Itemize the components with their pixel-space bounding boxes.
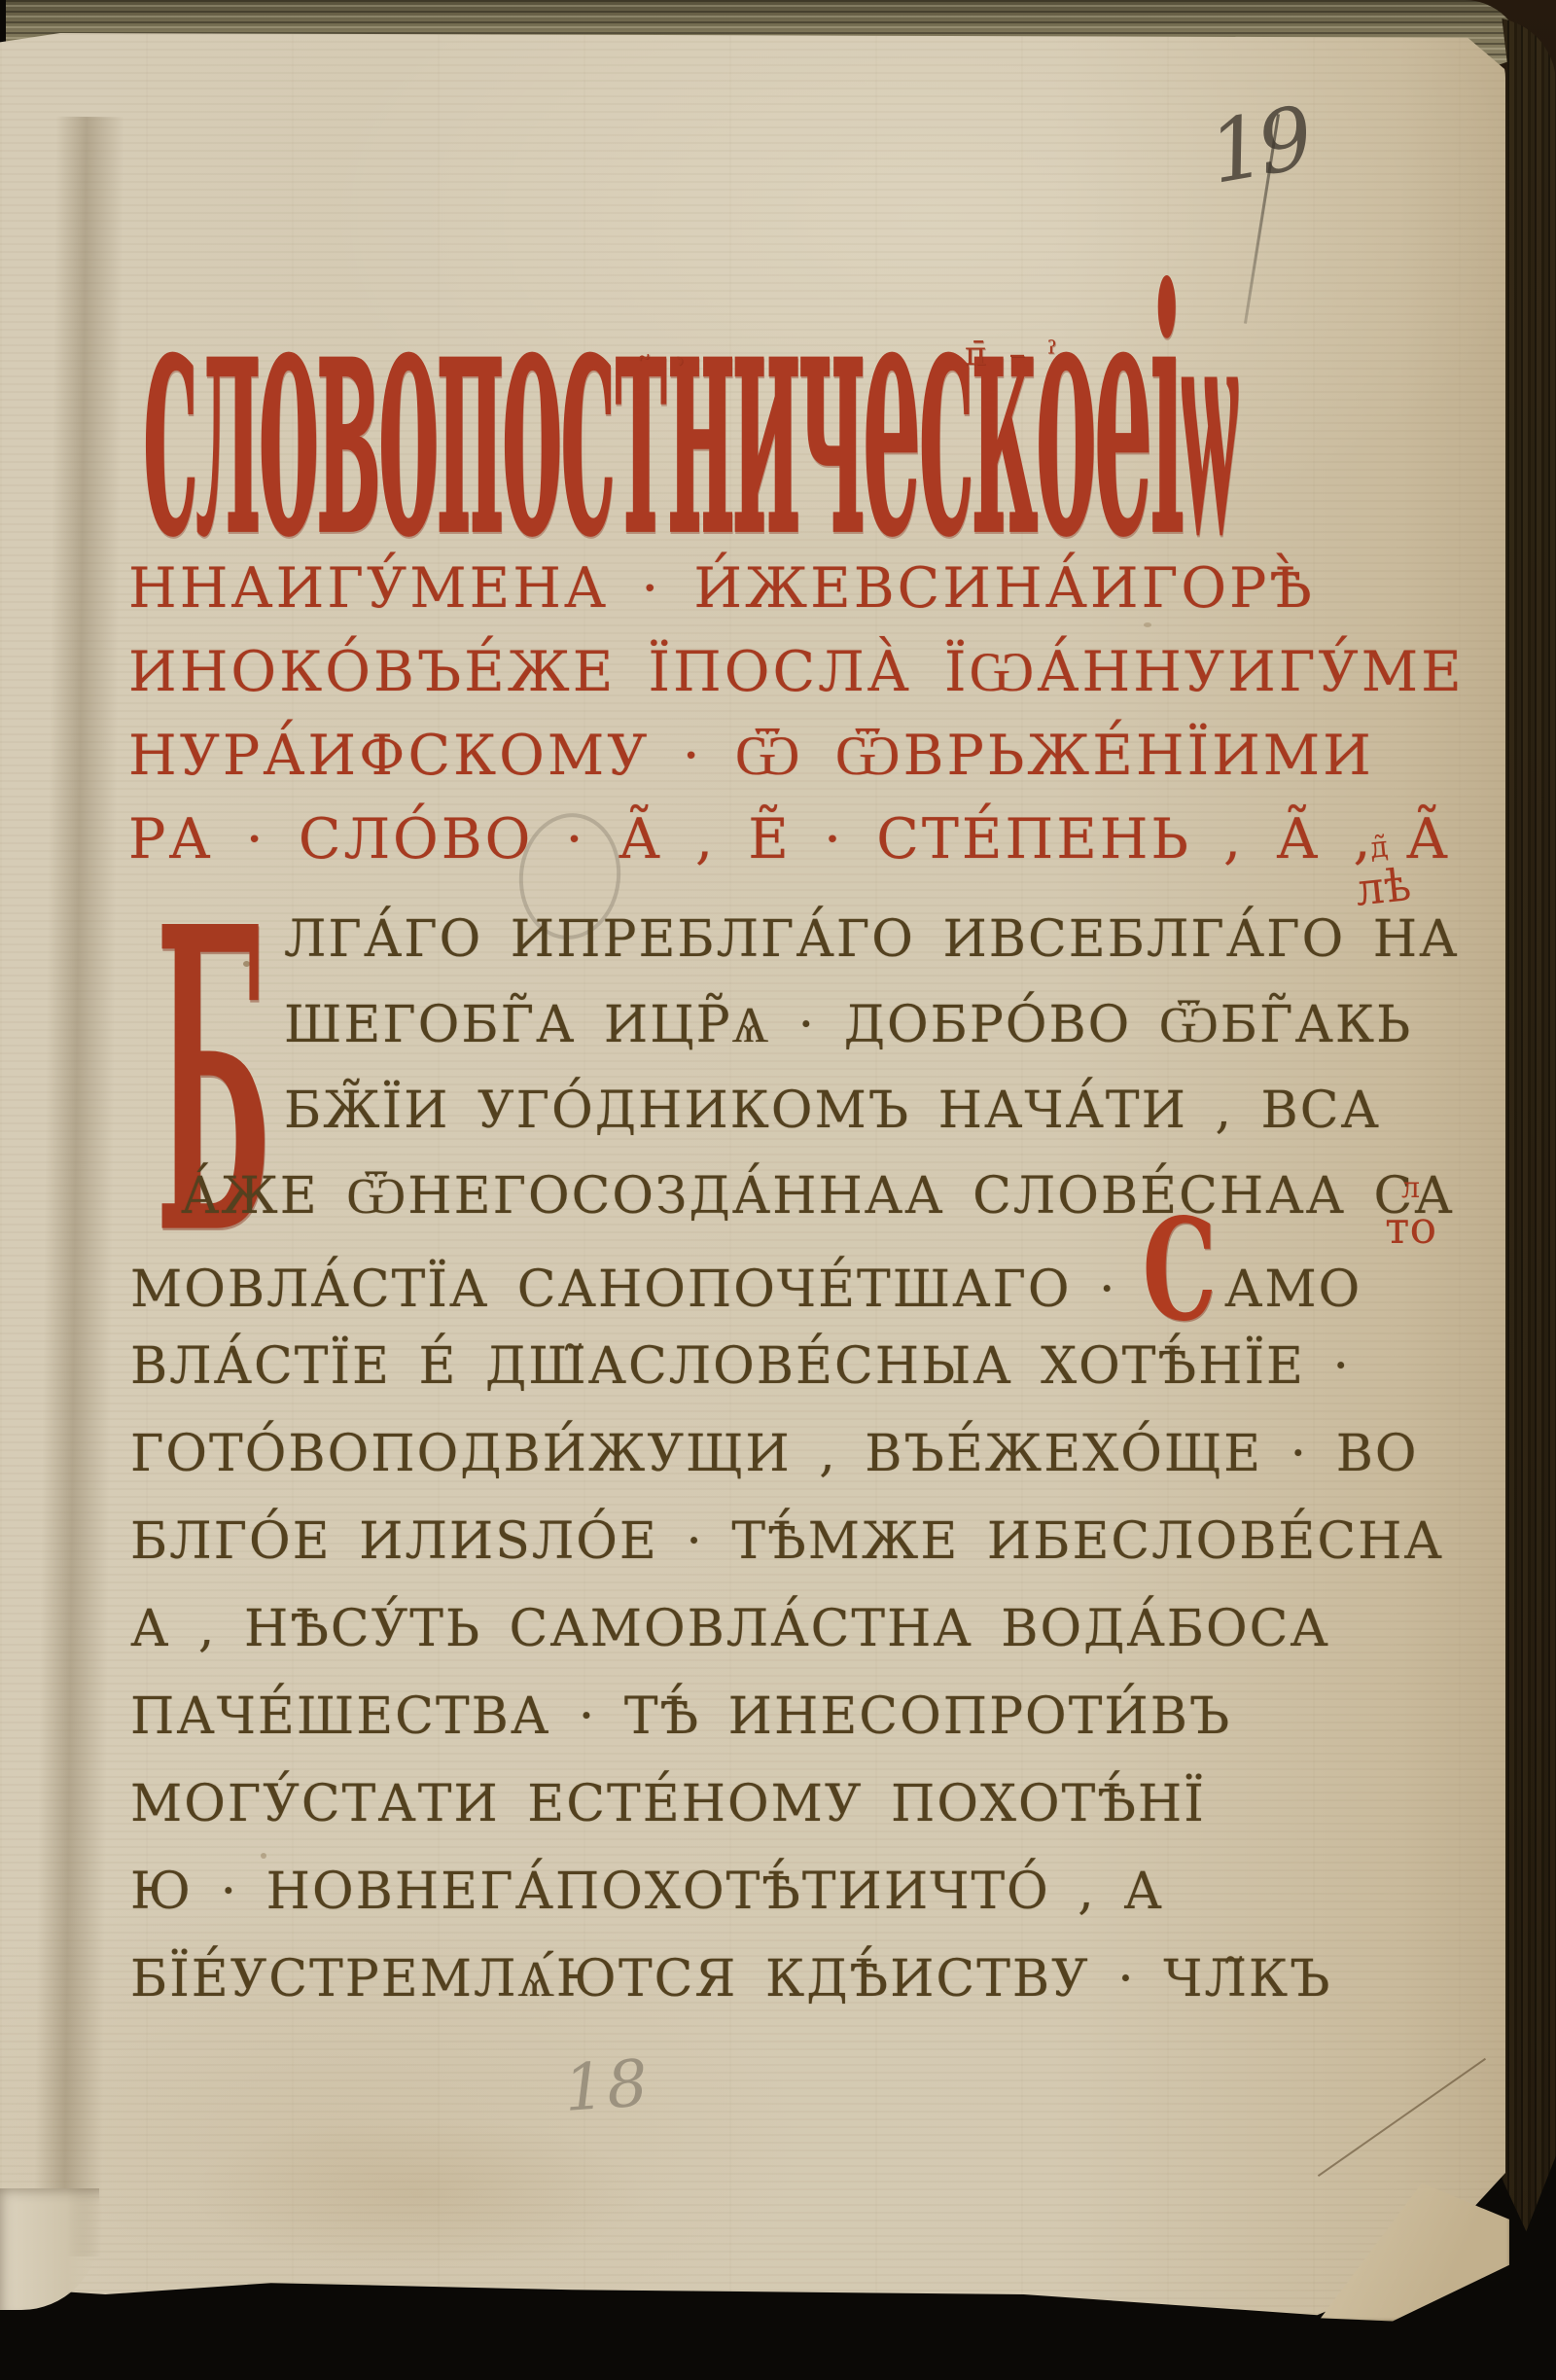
body-line: ю · новнега́похотѣ́тиичто́ , а <box>130 1852 1433 1939</box>
body-line: а , нѣсу́ть самовла́стна вода́боса <box>130 1589 1433 1677</box>
body-line-with-initial: мовла́стїа санопоче́тшаго ·Само <box>130 1227 1433 1321</box>
margin-note-text: лѣ <box>1353 861 1413 913</box>
body-line: бїе́устремлѧ́ются кдѣ́иству · чл̃къ <box>130 1939 1433 2027</box>
margin-note: д̃ лѣ <box>1350 830 1413 912</box>
rubric-line: иноко́въе́же їпосла̀ їѡа́ннуигу́ме <box>128 634 1412 718</box>
body-line: паче́шества · тѣ́ инесопроти́въ <box>130 1677 1433 1764</box>
pencil-folio-top: 19 <box>1202 88 1315 203</box>
rubric-line: ра · сло́во · а̃ , е̃ · сте́пень , а̃ , … <box>128 801 1412 885</box>
headline-titlo-mark: п̄ – ˀ <box>965 335 1063 373</box>
body-line: шегобг̃а ицр̃ѧ · добро́во ѿбг̃акь <box>130 986 1424 1072</box>
body-line: бж̃їи уго́дникомъ нача́ти , вса <box>130 1072 1424 1157</box>
water-stain <box>117 2091 720 2295</box>
headline-vyaz-text: словопостническоеіѡ <box>142 245 1235 583</box>
rubric-block: ннаигу́мена · и́жевсина́игорѣ̀ иноко́въе… <box>128 551 1412 885</box>
inline-red-initial: С <box>1143 1200 1219 1340</box>
pencil-folio-bottom: 18 <box>561 2045 652 2126</box>
body-line-post: амо <box>1224 1261 1361 1319</box>
headline-vyaz: словопостническоеіѡ ˜ ˒ п̄ – ˀ <box>142 245 1397 566</box>
body-line: вла́стїе е́ дш̃аслове́сныа хотѣ́нїе · <box>130 1327 1433 1414</box>
body-block-beside-initial: лга́го ипреблга́го ивсеблга́го на шегобг… <box>130 901 1424 1249</box>
body-line: гото́воподви́жущи , въе́жехо́ще · во <box>130 1414 1433 1502</box>
manuscript-photo: { "document": { "type": "manuscript-page… <box>0 0 1556 2380</box>
body-block: вла́стїе е́ дш̃аслове́сныа хотѣ́нїе · го… <box>130 1327 1433 2027</box>
rubric-line: ннаигу́мена · и́жевсина́игорѣ̀ <box>128 551 1412 634</box>
margin-note-text: то <box>1385 1204 1436 1251</box>
rubric-line: нура́ифскому · ѿ ѿврьже́нїими <box>128 718 1412 801</box>
margin-note: л то <box>1385 1173 1436 1251</box>
body-line-pre: мовла́стїа санопоче́тшаго · <box>130 1261 1117 1319</box>
body-line: могу́стати есте́ному похотѣ́нї <box>130 1764 1433 1852</box>
body-line: лга́го ипреблга́го ивсеблга́го на <box>130 901 1424 986</box>
margin-note-superscript: л <box>1385 1173 1436 1204</box>
body-line: блго́е илиѕло́е · тѣ́мже ибеслове́сна <box>130 1502 1433 1589</box>
